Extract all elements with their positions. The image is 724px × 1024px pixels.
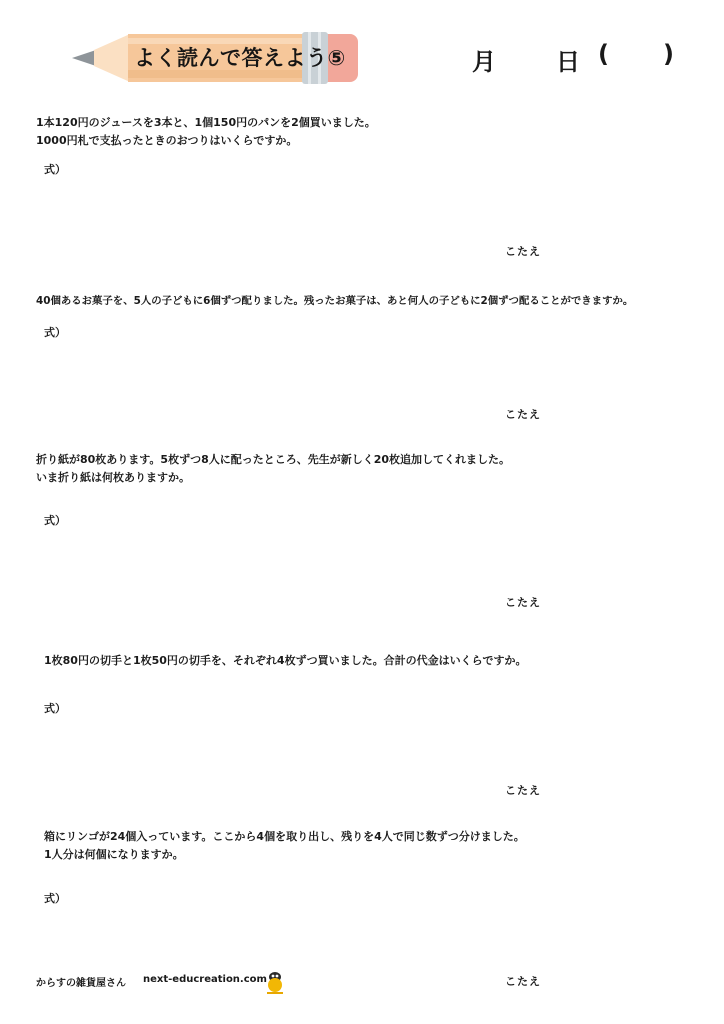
problem-line: 1枚80円の切手と1枚50円の切手を、それぞれ4枚ずつ買いました。合計の代金はい… xyxy=(44,652,526,670)
problem-1-text: 1本120円のジュースを3本と、1個150円のパンを2個買いました。 1000円… xyxy=(36,114,376,150)
problem-3-text: 折り紙が80枚あります。5枚ずつ8人に配ったところ、先生が新しく20枚追加してく… xyxy=(36,451,510,487)
day-label: 日 xyxy=(556,42,580,77)
problem-1-formula-label: 式） xyxy=(44,161,66,177)
problem-line: 折り紙が80枚あります。5枚ずつ8人に配ったところ、先生が新しく20枚追加してく… xyxy=(36,451,510,469)
problem-4-formula-label: 式） xyxy=(44,700,66,716)
problem-4-answer-label: こたえ xyxy=(505,782,541,798)
problem-line: 40個あるお菓子を、5人の子どもに6個ずつ配りました。残ったお菓子は、あと何人の… xyxy=(36,292,633,310)
title-pencil-banner: よく読んで答えよう⑤ xyxy=(72,32,362,84)
problem-line: 1000円札で支払ったときのおつりはいくらですか。 xyxy=(36,132,376,150)
problem-5-answer-label: こたえ xyxy=(505,973,541,989)
problem-line: 1本120円のジュースを3本と、1個150円のパンを2個買いました。 xyxy=(36,114,376,132)
weekday-paren-open: ( xyxy=(598,40,609,68)
problem-3-formula-label: 式） xyxy=(44,512,66,528)
problem-1-answer-label: こたえ xyxy=(505,243,541,259)
weekday-paren-close: ) xyxy=(663,40,674,68)
problem-2-answer-label: こたえ xyxy=(505,406,541,422)
problem-line: 箱にリンゴが24個入っています。ここから4個を取り出し、残りを4人で同じ数ずつ分… xyxy=(44,828,525,846)
problem-5-formula-label: 式） xyxy=(44,890,66,906)
footer-website-link[interactable]: next-educreation.com xyxy=(143,974,267,985)
problem-2-formula-label: 式） xyxy=(44,324,66,340)
footer-shop-name: からすの雑貨屋さん xyxy=(36,974,126,989)
problem-line: いま折り紙は何枚ありますか。 xyxy=(36,469,510,487)
problem-4-text: 1枚80円の切手と1枚50円の切手を、それぞれ4枚ずつ買いました。合計の代金はい… xyxy=(44,652,526,670)
problem-line: 1人分は何個になりますか。 xyxy=(44,846,525,864)
month-label: 月 xyxy=(472,42,496,77)
problem-2-text: 40個あるお菓子を、5人の子どもに6個ずつ配りました。残ったお菓子は、あと何人の… xyxy=(36,292,633,310)
problem-3-answer-label: こたえ xyxy=(505,594,541,610)
problem-5-text: 箱にリンゴが24個入っています。ここから4個を取り出し、残りを4人で同じ数ずつ分… xyxy=(44,828,525,864)
worksheet-title: よく読んで答えよう⑤ xyxy=(134,42,346,72)
crow-mascot-icon xyxy=(264,968,286,996)
